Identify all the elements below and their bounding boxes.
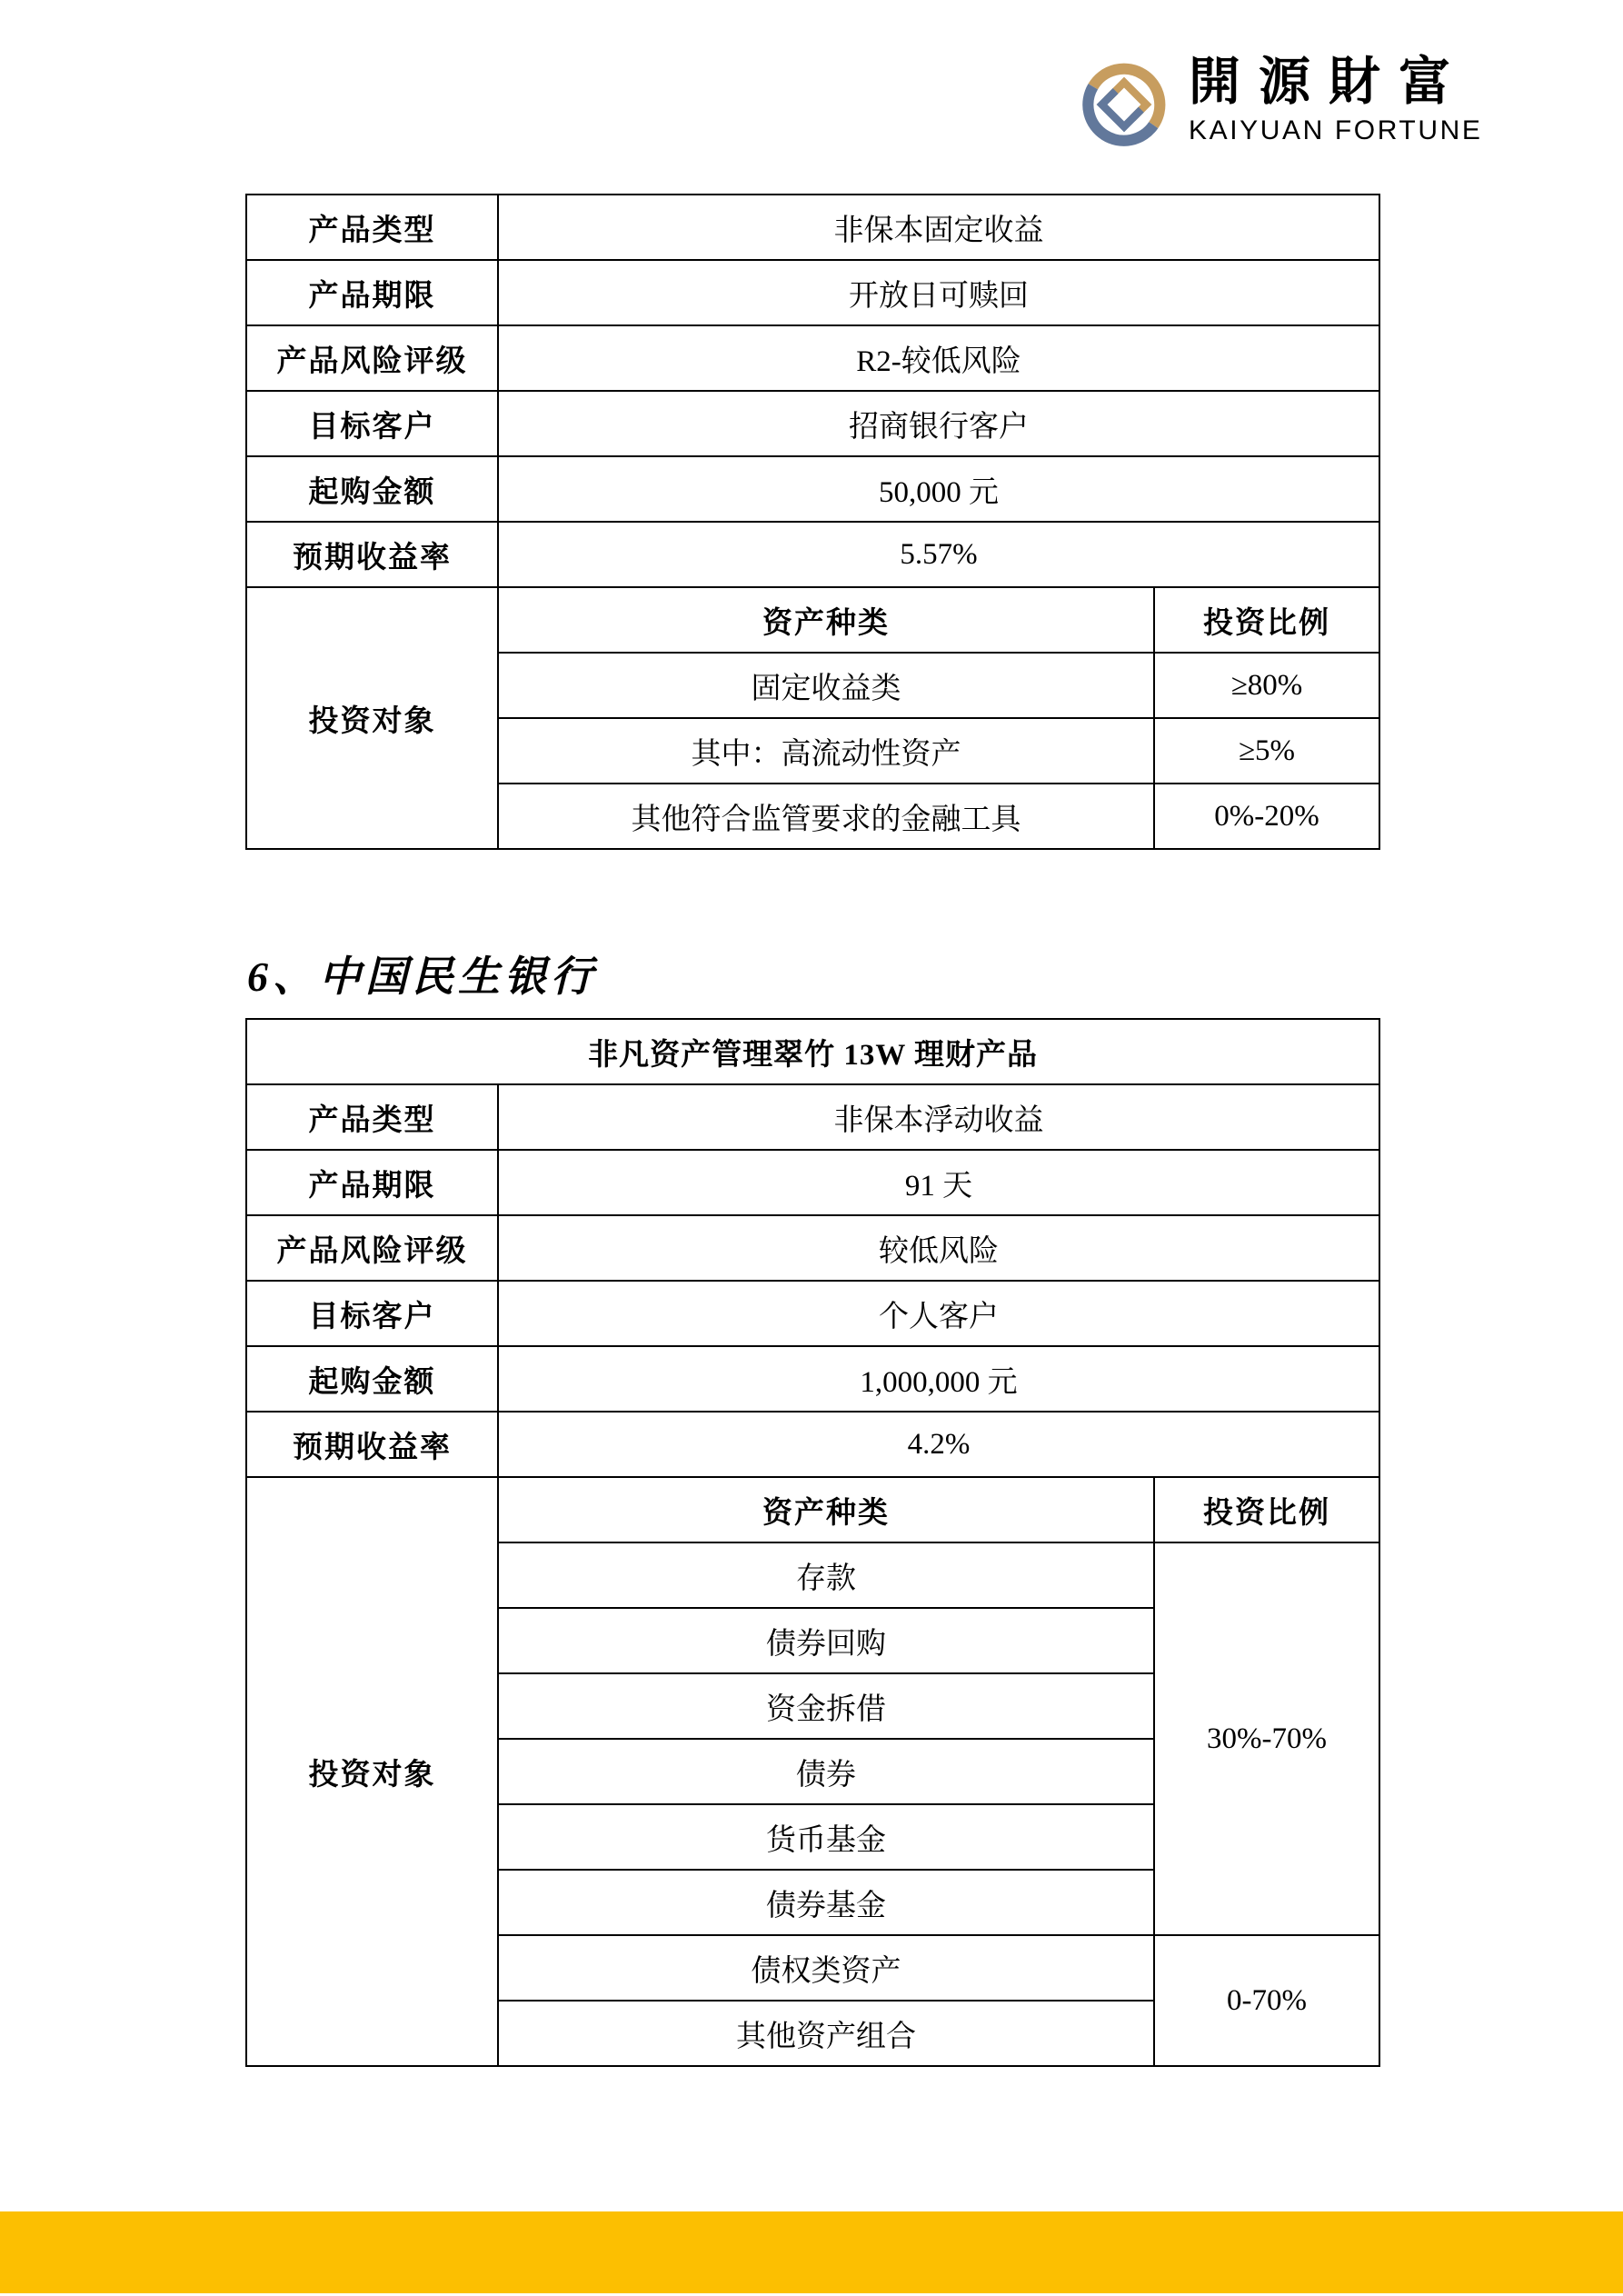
value-cell: 个人客户 xyxy=(498,1281,1379,1346)
invest-label-cell: 投资对象 xyxy=(246,1477,498,2066)
asset-cell: 其他资产组合 xyxy=(498,2001,1154,2066)
table-row: 投资对象 资产种类 投资比例 xyxy=(246,587,1379,653)
table-row: 预期收益率 4.2% xyxy=(246,1412,1379,1477)
label-cell: 产品类型 xyxy=(246,195,498,260)
logo-english-name: KAIYUAN FORTUNE xyxy=(1189,117,1483,145)
label-cell: 起购金额 xyxy=(246,456,498,522)
label-cell: 起购金额 xyxy=(246,1346,498,1412)
ratio-cell: ≥80% xyxy=(1154,653,1379,718)
table-row: 预期收益率 5.57% xyxy=(246,522,1379,587)
asset-cell: 存款 xyxy=(498,1542,1154,1608)
table-row: 起购金额 50,000 元 xyxy=(246,456,1379,522)
kaiyuan-logo-icon xyxy=(1081,62,1167,147)
table-row: 产品期限 91 天 xyxy=(246,1150,1379,1215)
asset-cell: 固定收益类 xyxy=(498,653,1154,718)
value-cell: 较低风险 xyxy=(498,1215,1379,1281)
value-cell: 50,000 元 xyxy=(498,456,1379,522)
value-cell: 4.2% xyxy=(498,1412,1379,1477)
ratio-cell: 0-70% xyxy=(1154,1935,1379,2066)
col-header-type: 资产种类 xyxy=(498,587,1154,653)
table-row: 产品期限 开放日可赎回 xyxy=(246,260,1379,325)
table-row: 产品风险评级 较低风险 xyxy=(246,1215,1379,1281)
asset-cell: 债券 xyxy=(498,1739,1154,1804)
table-title-cell: 非凡资产管理翠竹 13W 理财产品 xyxy=(246,1019,1379,1084)
value-cell: 1,000,000 元 xyxy=(498,1346,1379,1412)
product-table-1: 产品类型 非保本固定收益 产品期限 开放日可赎回 产品风险评级 R2-较低风险 … xyxy=(245,194,1380,850)
col-header-ratio: 投资比例 xyxy=(1154,587,1379,653)
table-row: 非凡资产管理翠竹 13W 理财产品 xyxy=(246,1019,1379,1084)
table-row: 产品类型 非保本固定收益 xyxy=(246,195,1379,260)
asset-cell: 债权类资产 xyxy=(498,1935,1154,2001)
value-cell: 91 天 xyxy=(498,1150,1379,1215)
value-cell: 非保本固定收益 xyxy=(498,195,1379,260)
ratio-cell: ≥5% xyxy=(1154,718,1379,784)
table-row: 产品风险评级 R2-较低风险 xyxy=(246,325,1379,391)
table-row: 目标客户 招商银行客户 xyxy=(246,391,1379,456)
col-header-type: 资产种类 xyxy=(498,1477,1154,1542)
value-cell: 开放日可赎回 xyxy=(498,260,1379,325)
asset-cell: 债券基金 xyxy=(498,1870,1154,1935)
value-cell: 5.57% xyxy=(498,522,1379,587)
table-row: 目标客户 个人客户 xyxy=(246,1281,1379,1346)
label-cell: 预期收益率 xyxy=(246,1412,498,1477)
product-table-2: 非凡资产管理翠竹 13W 理财产品 产品类型 非保本浮动收益 产品期限 91 天… xyxy=(245,1018,1380,2067)
logo-text: 開源財富 KAIYUAN FORTUNE xyxy=(1189,56,1483,145)
asset-cell: 债券回购 xyxy=(498,1608,1154,1673)
label-cell: 产品期限 xyxy=(246,260,498,325)
label-cell: 产品期限 xyxy=(246,1150,498,1215)
document-page: 開源財富 KAIYUAN FORTUNE 产品类型 非保本固定收益 产品期限 开… xyxy=(0,0,1623,2296)
label-cell: 目标客户 xyxy=(246,1281,498,1346)
invest-label-cell: 投资对象 xyxy=(246,587,498,849)
asset-cell: 其他符合监管要求的金融工具 xyxy=(498,784,1154,849)
brand-logo: 開源財富 KAIYUAN FORTUNE xyxy=(1081,56,1483,147)
asset-cell: 资金拆借 xyxy=(498,1673,1154,1739)
footer-accent-bar xyxy=(0,2211,1623,2293)
label-cell: 产品风险评级 xyxy=(246,1215,498,1281)
ratio-cell: 0%-20% xyxy=(1154,784,1379,849)
label-cell: 预期收益率 xyxy=(246,522,498,587)
label-cell: 目标客户 xyxy=(246,391,498,456)
col-header-ratio: 投资比例 xyxy=(1154,1477,1379,1542)
ratio-cell: 30%-70% xyxy=(1154,1542,1379,1935)
value-cell: 非保本浮动收益 xyxy=(498,1084,1379,1150)
table-row: 起购金额 1,000,000 元 xyxy=(246,1346,1379,1412)
asset-cell: 其中：高流动性资产 xyxy=(498,718,1154,784)
table-row: 产品类型 非保本浮动收益 xyxy=(246,1084,1379,1150)
section-heading: 6、中国民生银行 xyxy=(247,943,597,1003)
value-cell: 招商银行客户 xyxy=(498,391,1379,456)
table-row: 投资对象 资产种类 投资比例 xyxy=(246,1477,1379,1542)
label-cell: 产品类型 xyxy=(246,1084,498,1150)
logo-chinese-name: 開源財富 xyxy=(1189,56,1483,109)
value-cell: R2-较低风险 xyxy=(498,325,1379,391)
label-cell: 产品风险评级 xyxy=(246,325,498,391)
asset-cell: 货币基金 xyxy=(498,1804,1154,1870)
